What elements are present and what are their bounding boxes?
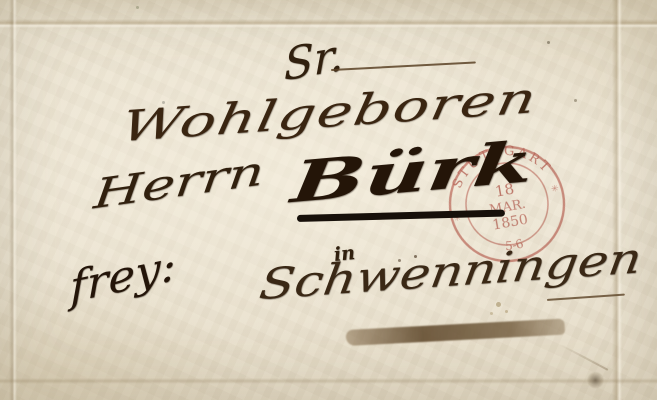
letter-cover-photo: STUTTGART 18 MAR. 1850 5-6 ✳ ✳ Sr. Wohlg… [0,0,657,400]
horizontal-fold-line [0,19,657,28]
brush-underline-stroke [346,319,566,346]
corner-crease-blotch [579,362,613,396]
stamp-ornament-right-icon: ✳ [550,184,560,195]
foxing-speckles [0,0,3,3]
vertical-fold-line [612,0,622,400]
bottom-crease [0,378,657,384]
pen-flourish [331,61,476,71]
recipient-title: Herrn [92,148,267,219]
left-crease [9,0,17,400]
franking-note: frey: [70,240,177,312]
salutation-abbrev: Sr. [284,29,343,91]
